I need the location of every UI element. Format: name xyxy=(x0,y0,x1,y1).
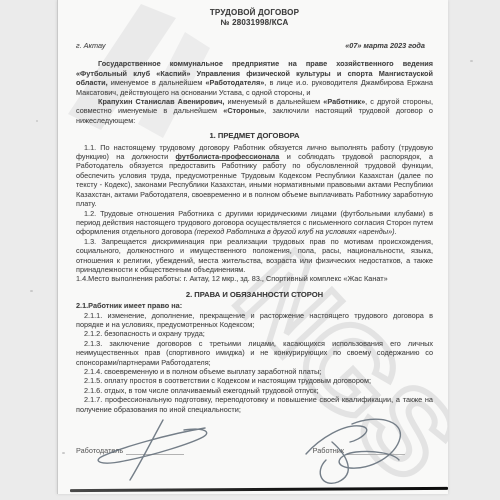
text-segment: 1.3. Запрещается дискриминация при реали… xyxy=(76,237,433,274)
clause-1-2: 1.2. Трудовые отношения Работника с друг… xyxy=(76,209,433,237)
document-content: ТРУДОВОЙ ДОГОВОР № 28031998/КСА г. Актау… xyxy=(58,0,448,414)
clause-item: 2.1.6. отдых, в том числе оплачиваемый е… xyxy=(76,386,433,395)
clause-item: 2.1.7. профессиональную подготовку, пере… xyxy=(76,395,433,414)
date-label: «07» марта 2023 года xyxy=(345,41,433,50)
text-segment: «Работодателя» xyxy=(206,78,265,87)
signature-row: Работодатель Работник xyxy=(76,446,433,455)
text-segment: (переход Работника в другой клуб на усло… xyxy=(194,227,394,236)
document-page: NGS ТРУДОВОЙ ДОГОВОР № 28031998/КСА г. А… xyxy=(57,0,448,494)
text-segment: футболиста-профессионала xyxy=(176,152,280,161)
scan-speck xyxy=(470,60,473,62)
scan-speck xyxy=(62,452,65,454)
employer-signature-block: Работодатель xyxy=(76,446,184,455)
clause-2-1-intro: 2.1.Работник имеет право на: xyxy=(76,301,433,310)
scanned-document: NGS ТРУДОВОЙ ДОГОВОР № 28031998/КСА г. А… xyxy=(0,0,500,500)
employer-signature-line xyxy=(126,446,184,455)
clause-item: 2.1.1. изменение, дополнение, прекращени… xyxy=(76,311,433,330)
section-2-heading: 2. ПРАВА И ОБЯЗАННОСТИ СТОРОН xyxy=(76,290,433,299)
contract-title: ТРУДОВОЙ ДОГОВОР xyxy=(76,8,433,18)
clause-item: 2.1.2. безопасность и охрану труда; xyxy=(76,329,433,338)
text-segment: именуемое в дальнейшем xyxy=(108,78,206,87)
clauses-list: 2.1.1. изменение, дополнение, прекращени… xyxy=(76,311,433,414)
preamble-paragraph-1: Государственное коммунальное предприятие… xyxy=(76,59,433,97)
employer-signature-label: Работодатель xyxy=(76,446,123,455)
scan-speck xyxy=(30,290,33,292)
text-segment: . xyxy=(395,227,397,236)
text-segment: «Работник» xyxy=(323,97,365,106)
text-segment: именуемый в дальнейшем xyxy=(224,97,323,106)
clause-1-1: 1.1. По настоящему трудовому договору Ра… xyxy=(76,143,433,209)
text-segment: «Стороны» xyxy=(223,106,264,115)
city-label: г. Актау xyxy=(76,41,106,50)
employee-signature-label: Работник xyxy=(313,446,344,455)
clause-item: 2.1.5. оплату простоя в соответствии с К… xyxy=(76,376,433,385)
text-segment: Крапухин Станислав Авенирович, xyxy=(98,97,224,106)
contract-number: № 28031998/КСА xyxy=(76,18,433,28)
clause-1-4: 1.4.Место выполнения работы: г. Актау, 1… xyxy=(76,274,433,283)
employee-signature-line xyxy=(347,446,405,455)
clause-item: 2.1.4. своевременную и в полном объеме в… xyxy=(76,367,433,376)
scan-speck xyxy=(36,120,38,122)
preamble-paragraph-2: Крапухин Станислав Авенирович, именуемый… xyxy=(76,97,433,125)
text-segment: 1.4.Место выполнения работы: г. Актау, 1… xyxy=(76,274,388,283)
employee-signature-block: Работник xyxy=(313,446,405,455)
clause-item: 2.1.3. заключение договоров с третьими л… xyxy=(76,339,433,367)
section-1-heading: 1. ПРЕДМЕТ ДОГОВОРА xyxy=(76,131,433,140)
clause-1-3: 1.3. Запрещается дискриминация при реали… xyxy=(76,237,433,275)
